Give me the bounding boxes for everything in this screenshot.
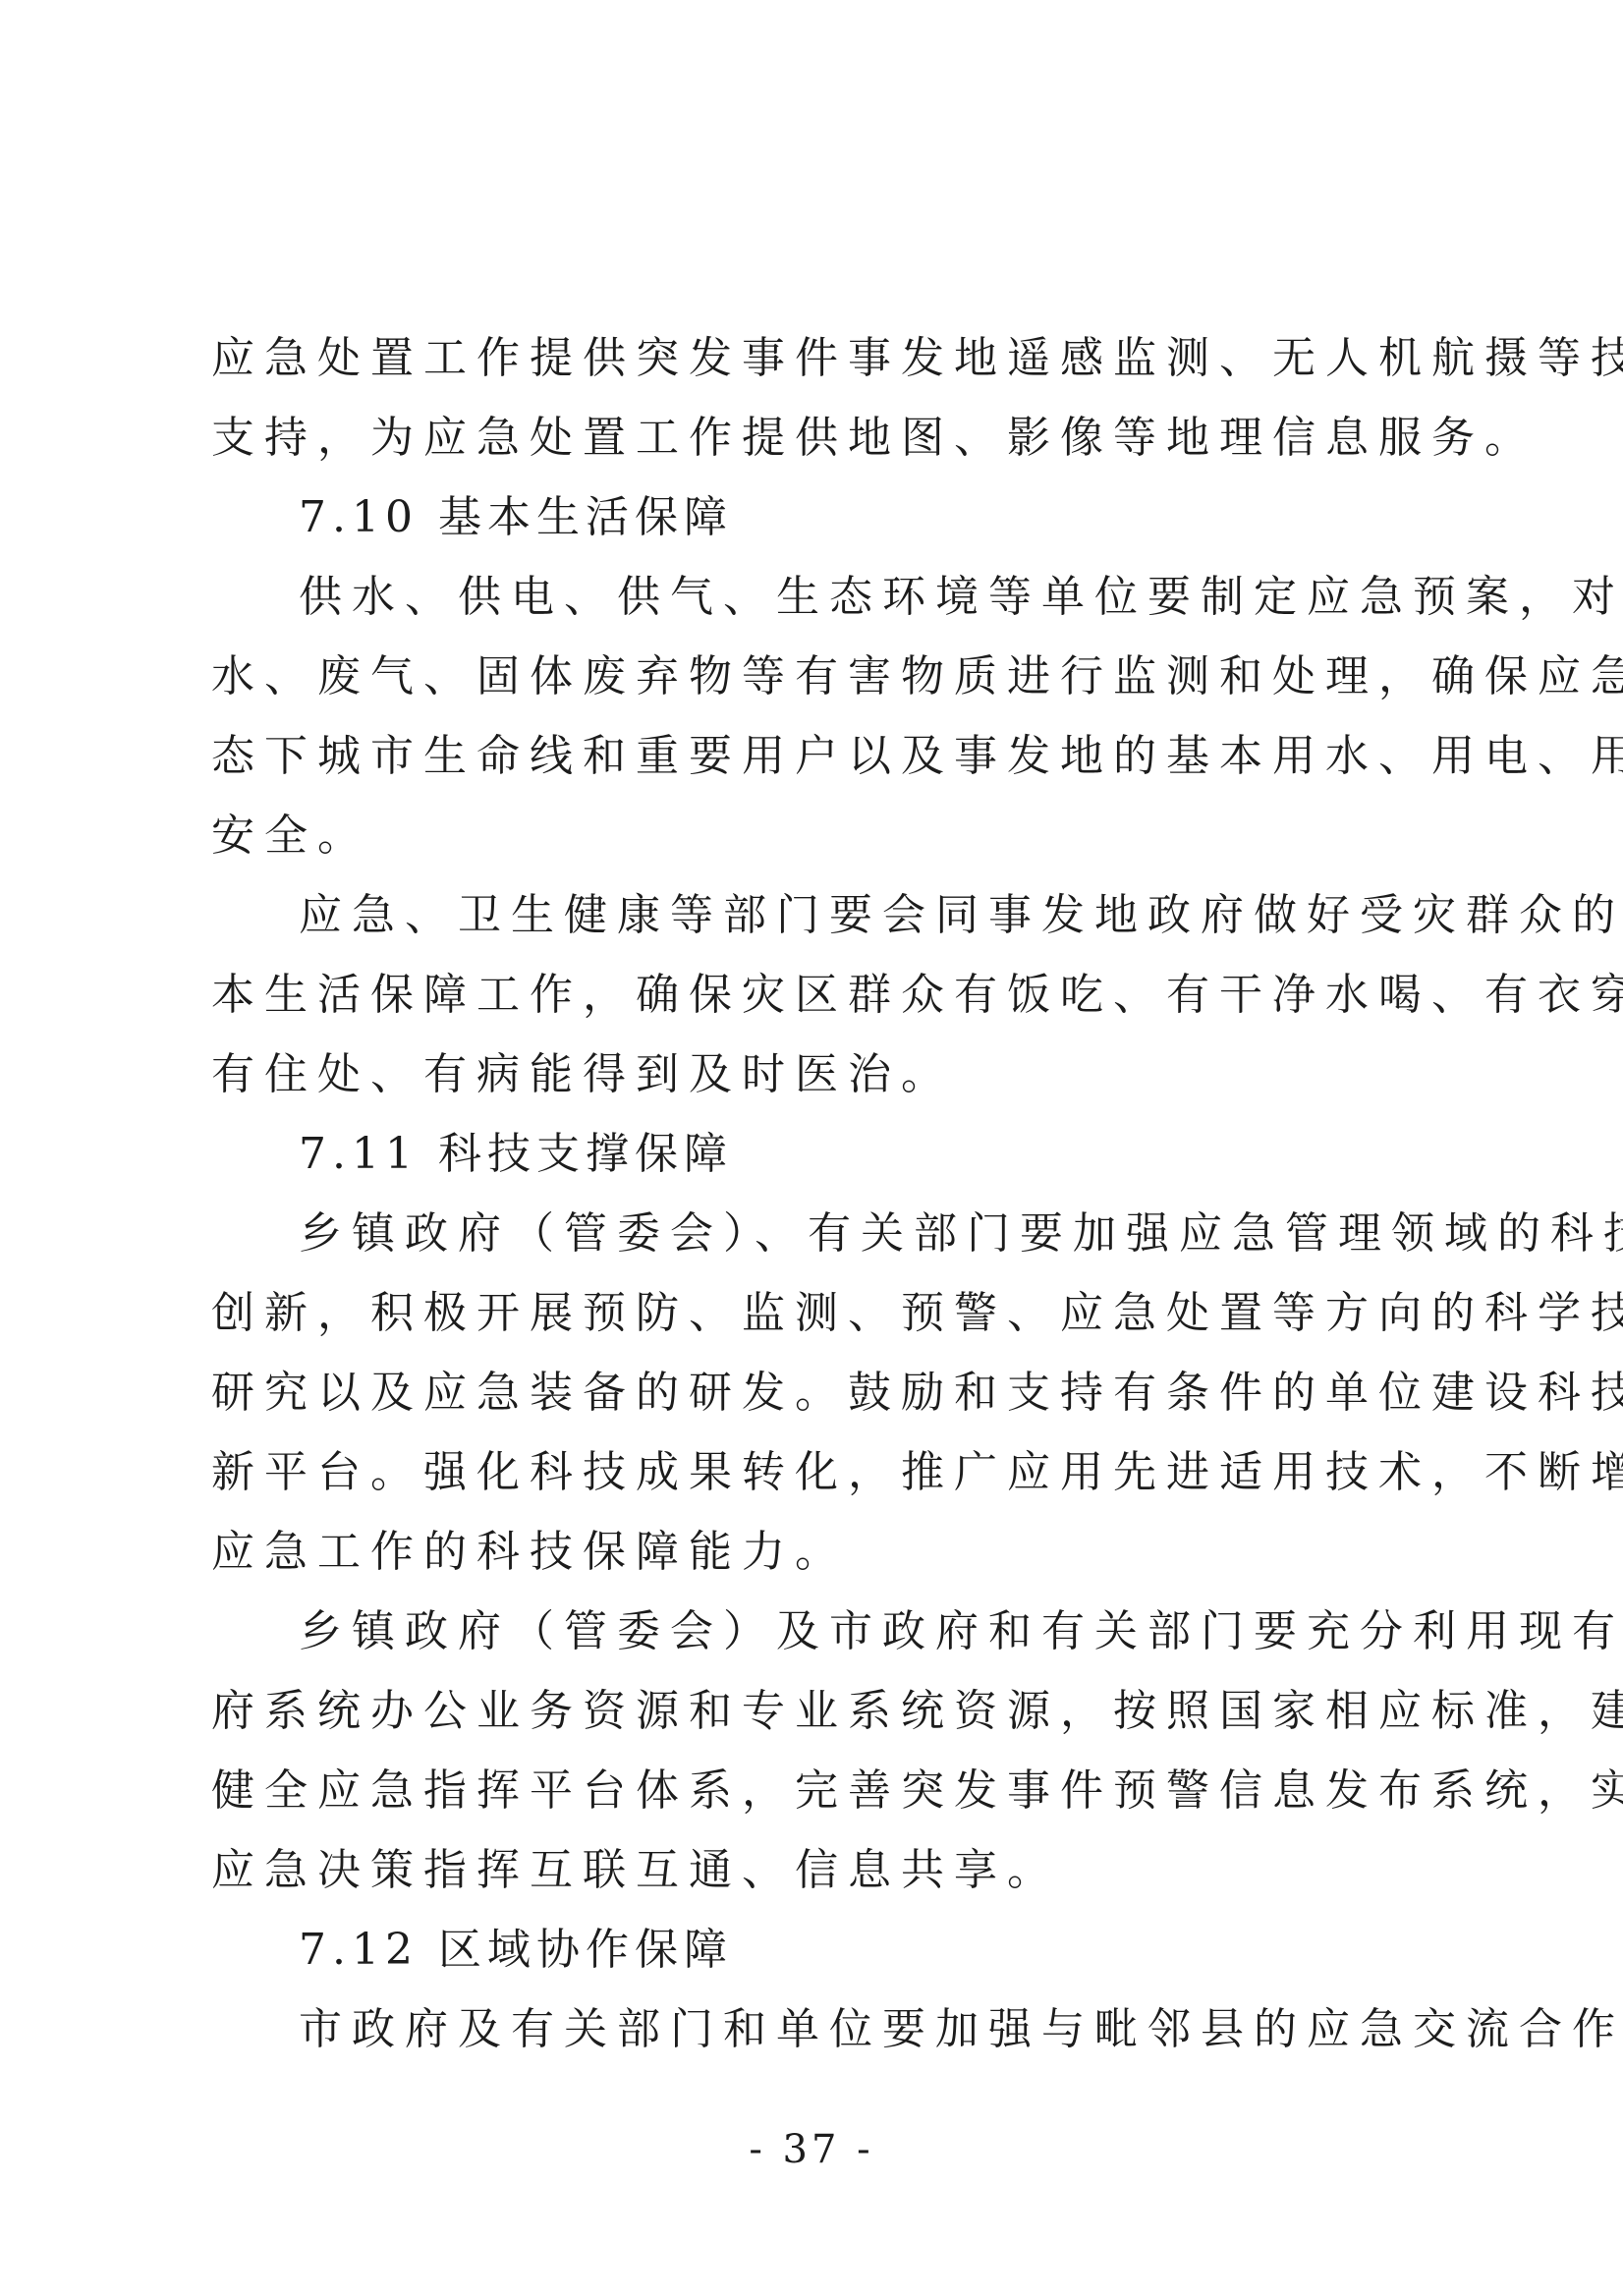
section-heading-7-11: 7.11 科技支撑保障 xyxy=(299,1125,733,1184)
paragraph-line: 态下城市生命线和重要用户以及事发地的基本用水、用电、用气 xyxy=(211,727,1422,786)
paragraph-line: 水、废气、固体废弃物等有害物质进行监测和处理，确保应急状 xyxy=(211,647,1422,706)
paragraph-line: 乡镇政府（管委会）及市政府和有关部门要充分利用现有政 xyxy=(299,1602,1422,1661)
paragraph-line: 应急、卫生健康等部门要会同事发地政府做好受灾群众的基 xyxy=(299,886,1422,945)
section-heading-7-10: 7.10 基本生活保障 xyxy=(299,488,733,547)
section-heading-7-12: 7.12 区域协作保障 xyxy=(299,1921,733,1980)
paragraph-line: 研究以及应急装备的研发。鼓励和支持有条件的单位建设科技创 xyxy=(211,1364,1422,1423)
page-number: - 37 - xyxy=(0,2120,1623,2179)
paragraph-line: 应急工作的科技保障能力。 xyxy=(211,1523,1422,1582)
paragraph-line: 支持，为应急处置工作提供地图、影像等地理信息服务。 xyxy=(211,409,1422,468)
paragraph-line: 安全。 xyxy=(211,807,1422,866)
paragraph-line: 府系统办公业务资源和专业系统资源，按照国家相应标准，建立 xyxy=(211,1682,1422,1741)
paragraph-line: 创新，积极开展预防、监测、预警、应急处置等方向的科学技术 xyxy=(211,1284,1422,1343)
paragraph-line: 本生活保障工作，确保灾区群众有饭吃、有干净水喝、有衣穿、 xyxy=(211,966,1422,1025)
paragraph-line: 乡镇政府（管委会）、有关部门要加强应急管理领域的科技 xyxy=(299,1204,1422,1263)
paragraph-line: 应急处置工作提供突发事件事发地遥感监测、无人机航摄等技术 xyxy=(211,329,1422,388)
document-page: 应急处置工作提供突发事件事发地遥感监测、无人机航摄等技术 支持，为应急处置工作提… xyxy=(0,0,1623,2296)
paragraph-line: 有住处、有病能得到及时医治。 xyxy=(211,1045,1422,1104)
paragraph-line: 供水、供电、供气、生态环境等单位要制定应急预案，对废 xyxy=(299,568,1422,627)
paragraph-line: 应急决策指挥互联互通、信息共享。 xyxy=(211,1841,1422,1900)
paragraph-line: 新平台。强化科技成果转化，推广应用先进适用技术，不断增强 xyxy=(211,1443,1422,1502)
paragraph-line: 健全应急指挥平台体系，完善突发事件预警信息发布系统，实现 xyxy=(211,1762,1422,1820)
paragraph-line: 市政府及有关部门和单位要加强与毗邻县的应急交流合作， xyxy=(299,2000,1422,2059)
